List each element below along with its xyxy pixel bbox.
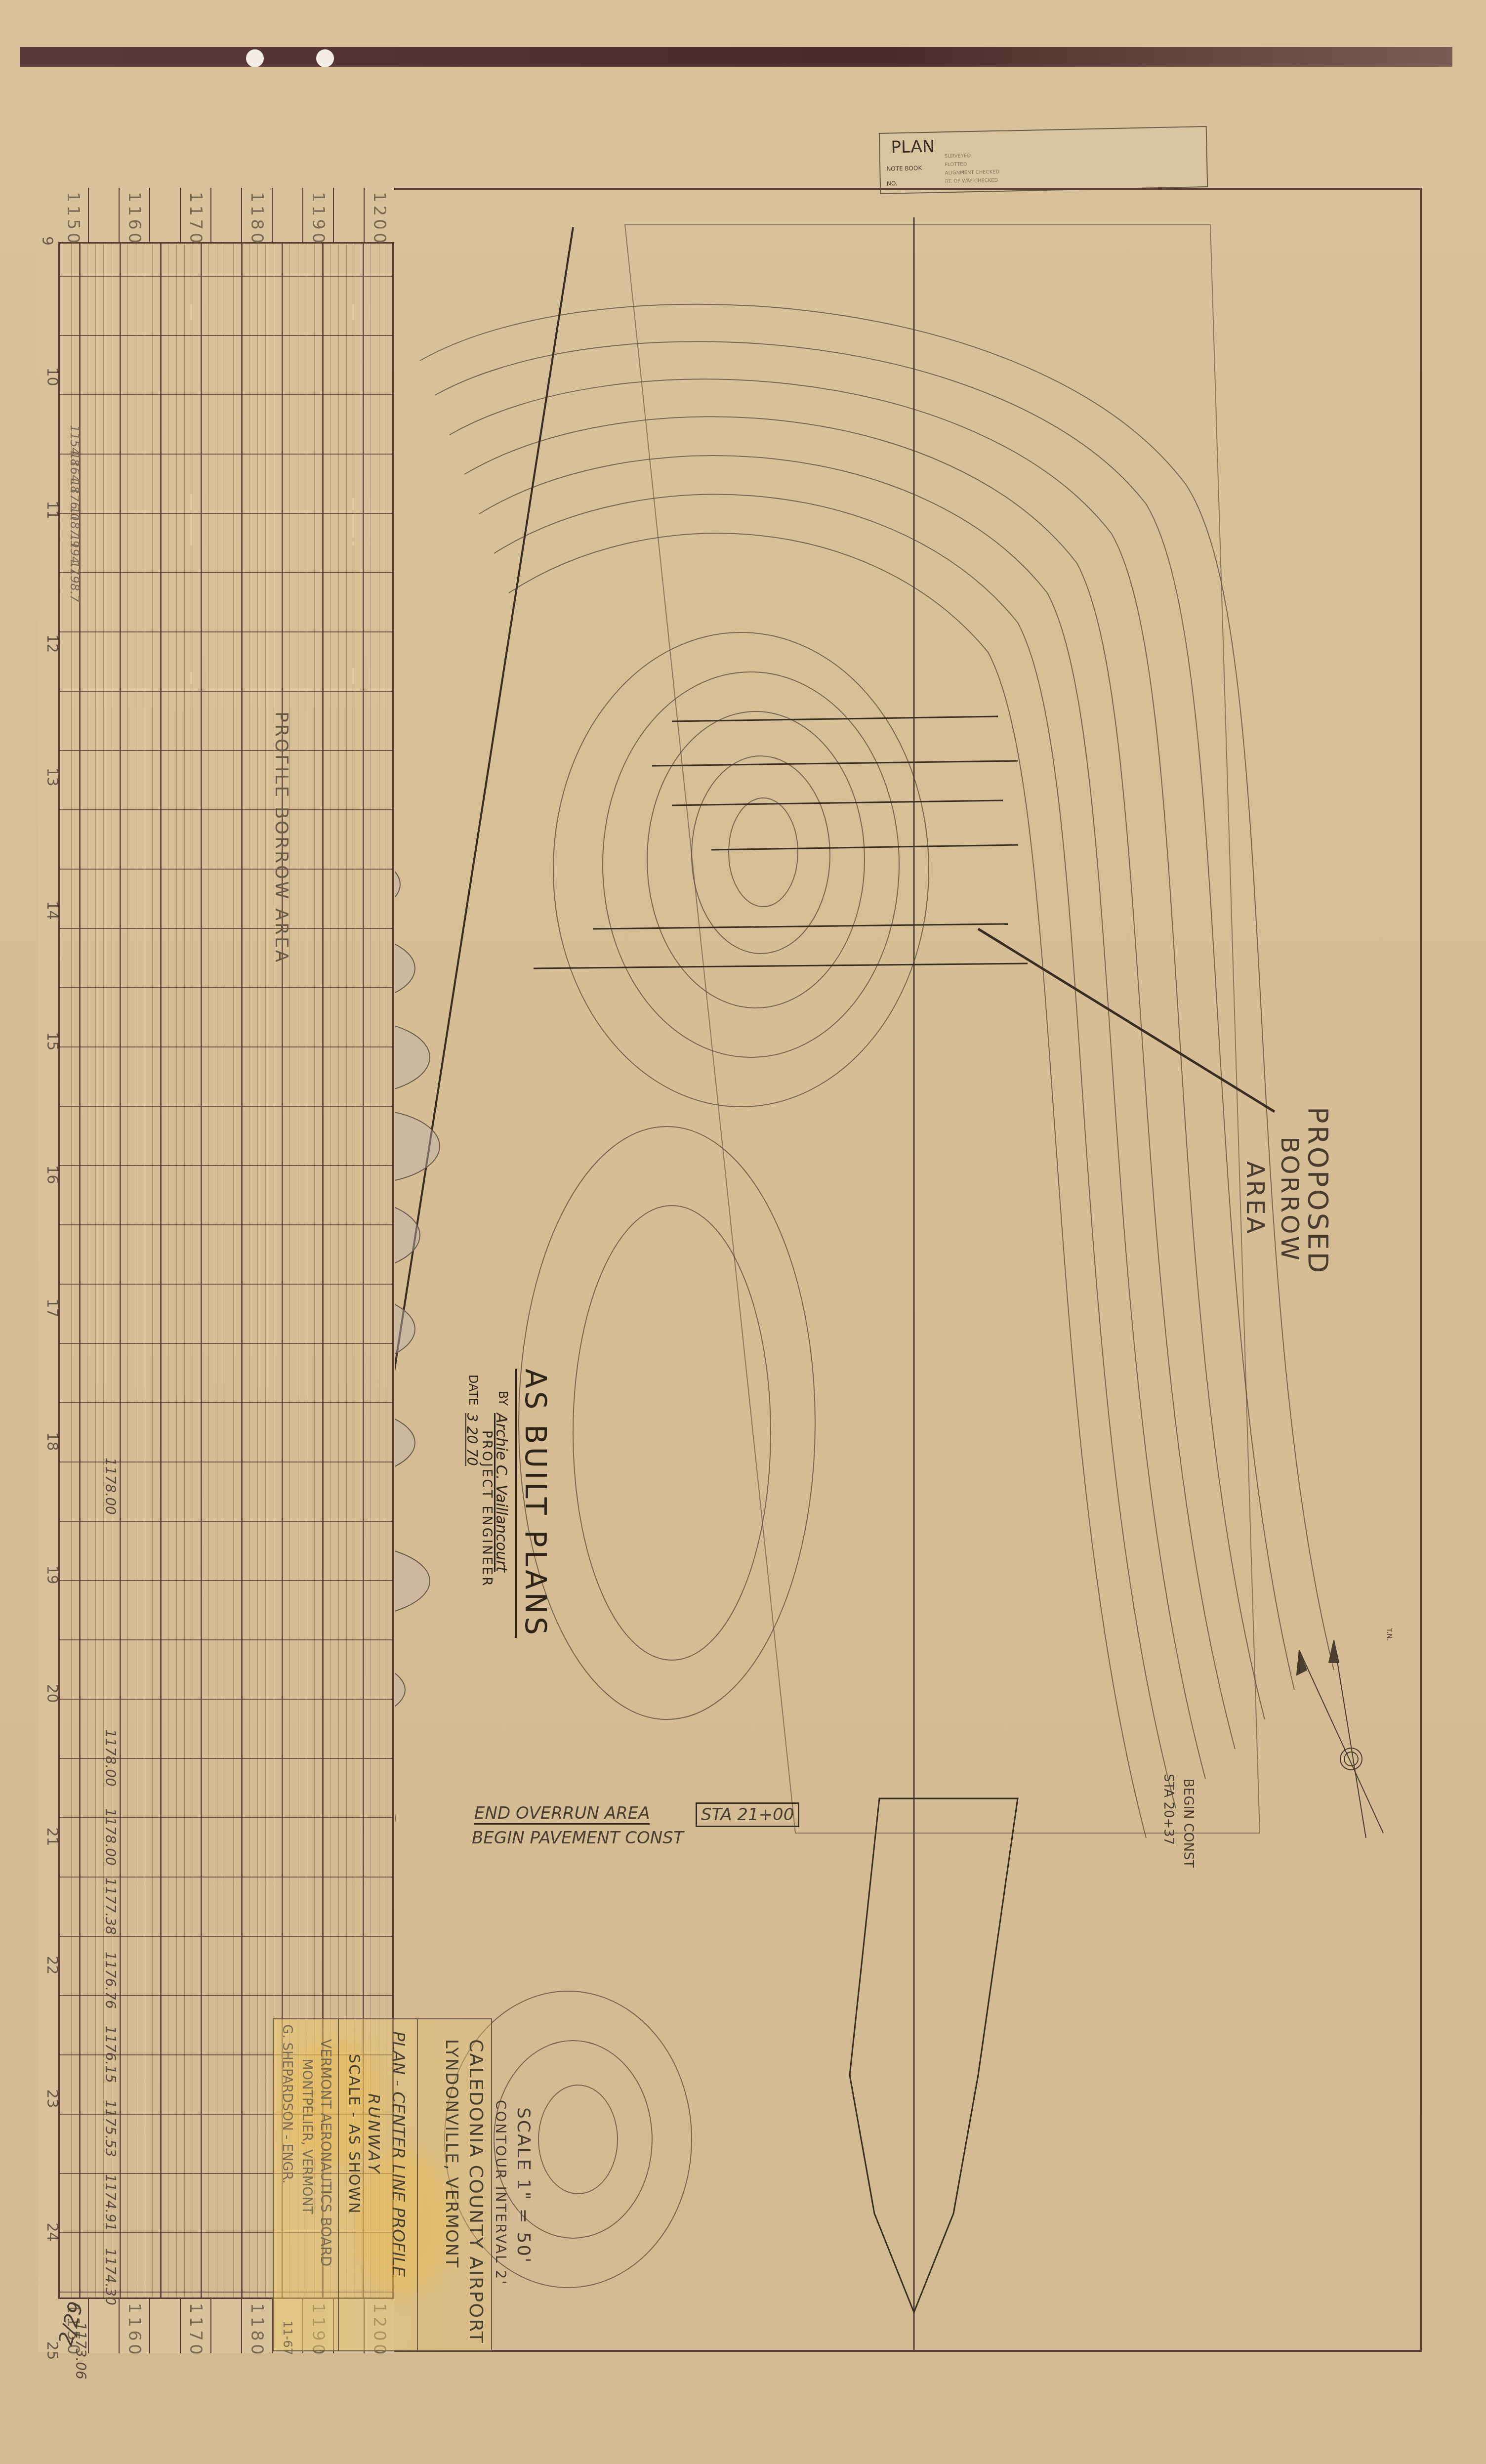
grade-value: 1176.76 [102, 1952, 119, 2009]
overrun-station-box: STA 21+00 [696, 1802, 799, 1827]
punch-hole [316, 49, 334, 67]
station-label: 21 [43, 1827, 61, 1846]
plan-record-box: PLAN NOTE BOOK NO. SURVEYED PLOTTED ALIG… [879, 126, 1208, 194]
elev-tick: 1170 [186, 2303, 206, 2358]
grade-value: 1174.30 [102, 2248, 119, 2305]
true-north-label: T.N. [1385, 1628, 1393, 1641]
plan-box-rows: SURVEYED PLOTTED ALIGNMENT CHECKED RT. O… [945, 151, 1000, 186]
as-built-title: AS BUILT PLANS [515, 1369, 552, 1638]
station-label: 23 [43, 2089, 61, 2108]
borrow-label-line3: AREA [1241, 1161, 1270, 1236]
station-label: 16 [43, 1165, 61, 1184]
station-label: 24 [43, 2222, 61, 2241]
elev-tick: 1160 [124, 2303, 144, 2358]
contour-map [395, 188, 1422, 2352]
grade-value: 1175.53 [102, 2100, 119, 2157]
scale-note: SCALE 1" = 50' [513, 2107, 534, 2264]
elevation-scale-top: 1150 1160 1170 1180 1190 1200 [58, 188, 394, 244]
elev-tick: 1170 [186, 192, 206, 247]
as-built-signature: Archie C. Vaillancourt [493, 1413, 510, 1572]
title-block: CALEDONIA COUNTY AIRPORT LYNDONVILLE, VE… [273, 2018, 492, 2351]
plan-view [395, 188, 1422, 2352]
station-label: 18 [43, 1432, 61, 1451]
as-built-by-label: BY [496, 1391, 510, 1406]
project-location: LYNDONVILLE, VERMONT [442, 2039, 461, 2268]
sheet-title: PLAN - CENTER LINE PROFILE [388, 2031, 408, 2277]
overrun-note-line2: BEGIN PAVEMENT CONST [472, 1828, 684, 1848]
station-label: 14 [43, 901, 61, 919]
borrow-label-line1: PROPOSED [1302, 1107, 1334, 1275]
profile-label: PROFILE BORROW AREA [271, 711, 291, 964]
row-right-of-way: RT. OF WAY CHECKED [945, 176, 1000, 186]
station-label: 17 [43, 1298, 61, 1317]
punch-hole [246, 49, 264, 67]
agency-name: VERMONT AERONAUTICS BOARD [318, 2039, 334, 2266]
grade-value: 1177.38 [102, 1878, 119, 1935]
as-built-role: PROJECT ENGINEER [479, 1430, 494, 1588]
elev-tick: 1160 [124, 192, 144, 247]
station-label: 25 [43, 2341, 61, 2360]
as-built-date-label: DATE [466, 1375, 480, 1405]
station-label: 15 [43, 1032, 61, 1050]
elev-tick: 1180 [247, 2303, 267, 2358]
station-label: 10 [43, 367, 61, 386]
station-label: 20 [43, 1684, 61, 1703]
elev-tick: 1190 [308, 192, 328, 247]
grade-value: 1178.00 [102, 1458, 119, 1515]
elev-tick: 1180 [247, 192, 267, 247]
project-name: CALEDONIA COUNTY AIRPORT [465, 2039, 487, 2344]
grade-value: 1178.00 [102, 1808, 119, 1866]
plan-box-title: PLAN [891, 137, 935, 158]
note-book-label: NOTE BOOK [886, 165, 922, 172]
sheet-edge-band [20, 47, 1452, 67]
grade-value: 1178.00 [102, 1729, 119, 1787]
borrow-label-line2: BORROW [1276, 1136, 1304, 1262]
no-label: NO. [887, 180, 898, 187]
begin-const-label: BEGIN CONST [1181, 1779, 1196, 1868]
station-label: 12 [43, 634, 61, 653]
station-label: 22 [43, 1956, 61, 1974]
elev-tick: 1200 [370, 192, 389, 247]
grade-value: 1174.91 [102, 2174, 119, 2231]
elev-tick: 1150 [63, 192, 83, 247]
sheet-subject: RUNWAY [365, 2093, 383, 2175]
station-label: 13 [43, 767, 61, 786]
overrun-note-line1: END OVERRUN AREA [474, 1803, 650, 1825]
begin-const-station: STA 20+37 [1161, 1774, 1176, 1845]
station-label: 11 [43, 501, 61, 519]
sheet-scale: SCALE - AS SHOWN [345, 2054, 363, 2214]
station-label: 19 [43, 1565, 61, 1584]
contour-interval-note: CONTOUR INTERVAL 2' [493, 2100, 509, 2286]
elev-value: 1198.7 [68, 561, 82, 602]
as-built-date: 3 20 70 [464, 1413, 480, 1466]
drawing-sheet: PLAN NOTE BOOK NO. SURVEYED PLOTTED ALIG… [0, 0, 1486, 2464]
agency-location: MONTPELIER, VERMONT [299, 2059, 314, 2214]
grade-value: 1176.15 [102, 2026, 119, 2083]
station-label: 9 [39, 236, 56, 246]
engineer-name: G. SHEPARDSON - ENGR. [280, 2024, 294, 2184]
title-block-date: 11-67 [281, 2321, 294, 2355]
north-arrow-icon [1297, 1640, 1383, 1838]
